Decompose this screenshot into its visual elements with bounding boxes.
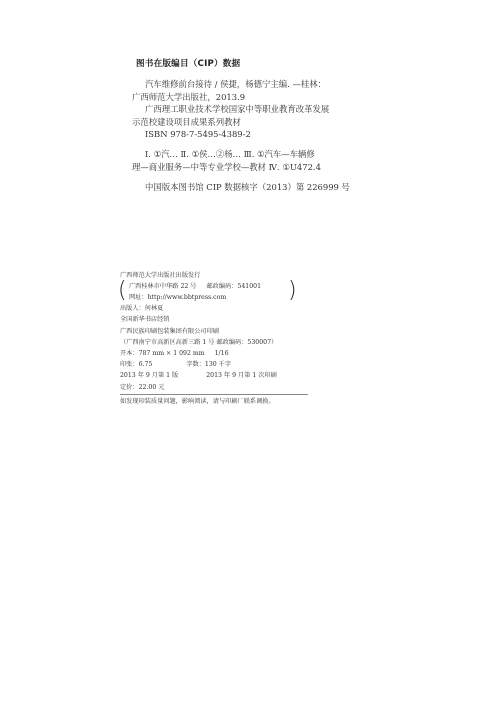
cip-title: 图书在版编目（CIP）数据: [136, 57, 382, 69]
edition: 2013 年 9 月第 1 版: [120, 372, 178, 379]
format-fraction: 1/16: [215, 350, 229, 357]
address: 广西桂林市中华路 22 号: [129, 283, 197, 290]
cip-classification-1: Ⅰ. ①汽… Ⅱ. ①侯…②杨… Ⅲ. ①汽车—车辆修: [132, 148, 382, 161]
cip-data-block: 图书在版编目（CIP）数据 汽车维修前台接待 / 侯捷，杨德宁主编. —桂林： …: [132, 57, 382, 193]
format-value: 787 mm × 1 092 mm: [139, 350, 205, 357]
cip-line-series-1: 广西理工职业技术学校国家中等职业教育改革发展: [132, 103, 382, 116]
printing: 2013 年 9 月第 1 次印刷: [206, 372, 277, 379]
website-label: 网址：: [129, 294, 148, 301]
postcode: 541001: [237, 283, 261, 290]
price-line: 定价：22.00 元: [120, 382, 320, 393]
imprint-block: 广西师范大学出版社出版发行 ( 广西桂林市中华路 22 号邮政编码：541001…: [120, 270, 320, 407]
postcode-label: 邮政编码：: [207, 283, 238, 290]
right-parenthesis: ): [288, 278, 297, 304]
responsible-person-label: 出版人：: [120, 305, 145, 312]
format-line: 开本：787 mm × 1 092 mm1/16: [120, 348, 320, 359]
left-parenthesis: (: [118, 278, 127, 304]
publisher-contact: ( 广西桂林市中华路 22 号邮政编码：541001 网址：http://www…: [120, 281, 320, 303]
responsible-person-line: 出版人：何林夏: [120, 303, 320, 314]
printer-address-line: （广西南宁市高新区高新三路 1 号 邮政编码：530007）: [120, 337, 320, 348]
cip-line-title-author: 汽车维修前台接待 / 侯捷，杨德宁主编. —桂林：: [132, 78, 382, 91]
distributor-line: 全国新华书店经销: [120, 314, 320, 325]
word-count-value: 130 千字: [205, 361, 231, 368]
word-count-label: 字数：: [186, 361, 205, 368]
sheets-label: 印张：: [120, 361, 139, 368]
price-label: 定价：: [120, 384, 139, 391]
format-label: 开本：: [120, 350, 139, 357]
sheets-line: 印张：6.75字数：130 千字: [120, 359, 320, 370]
cip-line-isbn: ISBN 978-7-5495-4389-2: [132, 128, 382, 141]
cip-line-publisher-year: 广西师范大学出版社，2013.9: [132, 91, 382, 104]
printer-line: 广西民族印刷包装集团有限公司印刷: [120, 326, 320, 337]
cip-line-series-2: 示范校建设项目成果系列教材: [132, 116, 382, 129]
divider: [120, 394, 308, 395]
website-link: http://www.bbtpress.com: [148, 294, 227, 301]
quality-notice: 如发现印装质量问题，影响阅读，请与印刷厂联系调换。: [120, 396, 320, 407]
cip-number: 中国版本图书馆 CIP 数据核字（2013）第 226999 号: [132, 181, 382, 193]
copyright-page: 图书在版编目（CIP）数据 汽车维修前台接待 / 侯捷，杨德宁主编. —桂林： …: [0, 0, 500, 707]
sheets-value: 6.75: [139, 361, 153, 368]
edition-line: 2013 年 9 月第 1 版2013 年 9 月第 1 次印刷: [120, 370, 320, 381]
cip-classification-2: 理—商业服务—中等专业学校—教材 Ⅳ. ①U472.4: [132, 161, 382, 174]
price-value: 22.00 元: [139, 384, 165, 391]
responsible-person: 何林夏: [145, 305, 164, 312]
